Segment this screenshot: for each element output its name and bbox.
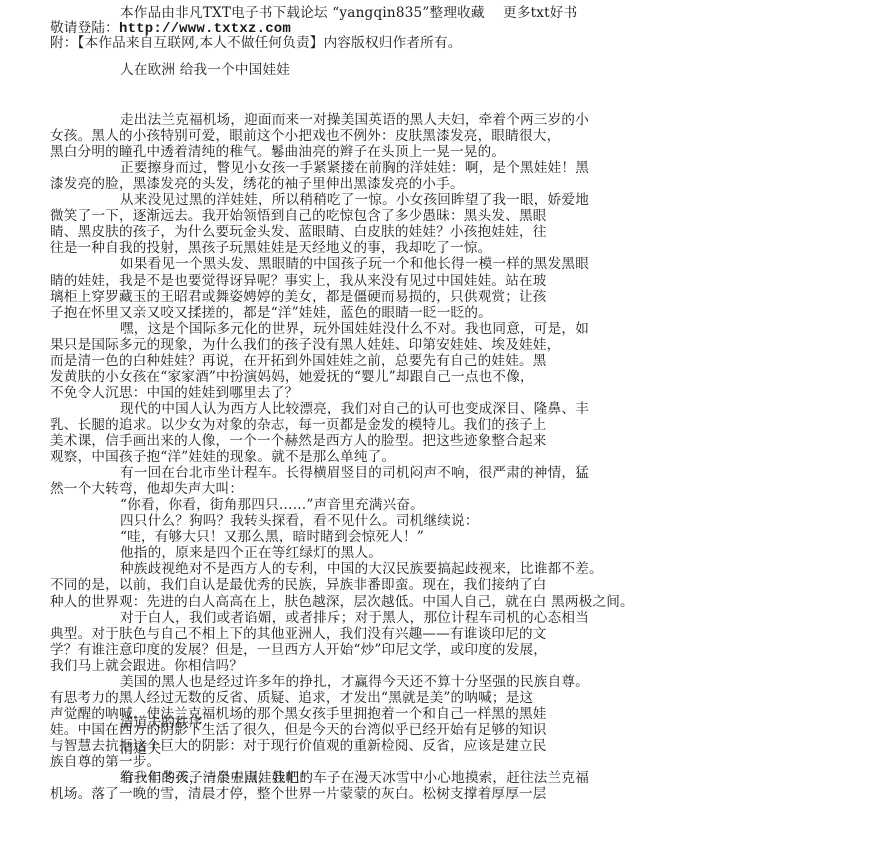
text-line: 果只是国际多元的现象，为什么我们的孩子没有黑人娃娃、印第安娃娃、埃及娃娃， — [50, 337, 560, 353]
text-line: “哇，有够大只！又那么黑，暗时睹到会惊死人！” — [120, 529, 424, 545]
text-line: 观察，中国孩子抱“洋”娃娃的现象。就不是那么单纯了。 — [50, 449, 395, 465]
text-line: 漆发亮的脸，黑漆发亮的头发，绣花的袖子里伸出黑漆发亮的小手。 — [50, 176, 464, 192]
article-subtitle: 清道夫 — [120, 741, 161, 757]
text-line: 不同的是，以前，我们自认是最优秀的民族，异族非番即蛮。现在，我们接纳了白 — [50, 577, 547, 593]
text-line: 我们马上就会跟进。你相信吗？ — [50, 658, 243, 674]
text-line: 美国的黑人也是经过许多年的挣扎，才赢得今天还不算十分坚强的民族自尊。 — [120, 674, 589, 690]
text-line: 从来没见过黑的洋娃娃，所以稍稍吃了一惊。小女孩回眸望了我一眼，娇爱地 — [120, 192, 589, 208]
text-line: 睛、黑皮肤的孩子，为什么要玩金头发、蓝眼睛、白皮肤的娃娃？小孩抱娃娃，往 — [50, 224, 547, 240]
header-notice-line: 本作品由非凡TXT电子书下载论坛 “yangqin835”整理收藏 更多txt好… — [120, 5, 577, 21]
text-line: 嘿，这是个国际多元化的世界，玩外国娃娃没什么不对。我也同意，可是，如 — [120, 321, 589, 337]
text-line: 学？有谁注意印度的发展？但是，一旦西方人开始“炒”印尼文学，或印度的发展， — [50, 642, 547, 658]
text-line: 他指的，原来是四个正在等红绿灯的黑人。 — [120, 545, 382, 561]
header-disclaimer-line: 附：【本作品来自互联网,本人不做任何负责】内容版权归作者所有。 — [50, 35, 462, 51]
text-line: 微笑了一下，逐渐远去。我开始领悟到自己的吃惊包含了多少愚昧：黑头发、黑眼 — [50, 208, 547, 224]
text-line: 而是清一色的白种娃娃？再说，在开拓到外国娃娃之前，总要先有自己的娃娃。黑 — [50, 353, 547, 369]
text-line: 种人的世界观：先进的白人高高在上，肤色越深，层次越低。中国人自己，就在白 黑两极… — [50, 594, 634, 610]
text-line: 种族歧视绝对不是西方人的专利，中国的大汉民族要搞起歧视来，比谁都不差。 — [120, 561, 603, 577]
text-line: 现代的中国人认为西方人比较漂亮，我们对自己的认可也变成深目、隆鼻、丰 — [120, 401, 589, 417]
text-line: 璃柜上穿罗藏玉的王昭君或舞姿娉婷的美女，都是僵硬而易损的，只供观赏；让孩 — [50, 289, 547, 305]
article-title: 人在欧洲 给我一个中国娃娃 — [120, 62, 290, 78]
text-line: 然一个大转弯，他却失声大叫： — [50, 481, 243, 497]
text-line: 子抱在怀里又亲又咬又揉搓的，都是“洋”娃娃，蓝色的眼睛一眨一眨的。 — [50, 305, 492, 321]
text-line: 有一年冬天，清晨五点，我们的车子在漫天冰雪中小心地摸索，赶往法兰克福 — [120, 770, 589, 786]
text-line: 睛的娃娃，我是不是也要觉得讶异呢？事实上，我从来没有见过中国娃娃。站在玻 — [50, 273, 547, 289]
text-line: 发黄肤的小女孩在“家家酒”中扮演妈妈，她爱抚的“婴儿”却跟自己一点也不像， — [50, 369, 534, 385]
text-line: 四只什么？狗吗？我转头探看，看不见什么。司机继续说： — [120, 513, 479, 529]
text-line: “你看，你看，街角那四只……”声音里充满兴奋。 — [120, 497, 424, 513]
text-line: 不免令人沉思：中国的娃娃到哪里去了？ — [50, 385, 298, 401]
text-line: 走出法兰克福机场，迎面而来一对操美国英语的黑人夫妇，牵着个两三岁的小 — [120, 112, 589, 128]
text-line: 典型。对于肤色与自己不相上下的其他亚洲人，我们没有兴趣——有谁谈印尼的文 — [50, 626, 547, 642]
text-line: 如果看见一个黑头发、黑眼睛的中国孩子玩一个和他长得一模一样的黑发黑眼 — [120, 256, 589, 272]
text-line: 女孩。黑人的小孩特别可爱，眼前这个小把戏也不例外：皮肤黑漆发亮，眼睛很大， — [50, 128, 560, 144]
text-line: 有一回在台北市坐计程车。长得横眉竖目的司机闷声不响，很严肃的神情，猛 — [120, 465, 589, 481]
text-line: 美术课，信手画出来的人像，一个一个赫然是西方人的脸型。把这些迹象整合起来 — [50, 433, 547, 449]
text-line: 往是一种自我的投射，黑孩子玩黑娃娃是天经地义的事，我却吃了一惊。 — [50, 240, 491, 256]
login-label: 敬请登陆： — [50, 20, 119, 36]
text-line: 有思考力的黑人经过无数的反省、质疑、追求，才发出“黑就是美”的呐喊；是这 — [50, 690, 533, 706]
article-title-2: 清道夫的秩序 — [120, 715, 203, 731]
text-line: 乳、长腿的追求。以少女为对象的杂志，每一页都是金发的模特儿。我们的孩子上 — [50, 417, 547, 433]
text-line: 对于白人，我们或者谄媚，或者排斥；对于黑人，那位计程车司机的心态相当 — [120, 610, 589, 626]
text-line: 黑白分明的瞳孔中透着清纯的稚气。鬈曲油亮的辫子在头顶上一晃一晃的。 — [50, 144, 505, 160]
text-line: 机场。落了一晚的雪，清晨才停，整个世界一片蒙蒙的灰白。松树支撑着厚厚一层 — [50, 786, 547, 802]
text-line: 正要擦身而过，瞥见小女孩一手紧紧搂在前胸的洋娃娃：啊，是个黑娃娃！黑 — [120, 160, 589, 176]
document-page: 本作品由非凡TXT电子书下载论坛 “yangqin835”整理收藏 更多txt好… — [0, 0, 870, 842]
